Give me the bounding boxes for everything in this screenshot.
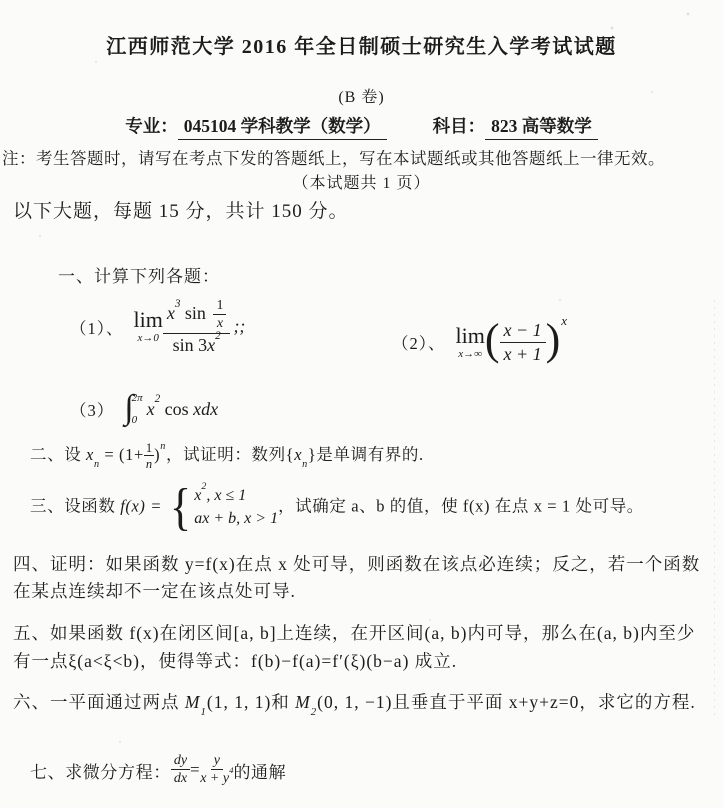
question-5: 五、如果函数 f(x)在闭区间[a, b]上连续，在开区间(a, b)内可导，那… <box>13 619 713 675</box>
paper-version: (B 卷) <box>0 84 723 107</box>
part-label: （1）、 <box>70 315 124 339</box>
question-4: 四、证明：如果函数 y=f(x)在点 x 处可导，则函数在该点必连续；反之，若一… <box>13 551 713 605</box>
question-1-heading: 一、计算下列各题： <box>58 262 220 287</box>
question-2: 二、设 xn = (1+1n)n，试证明：数列{xn}是单调有界的. <box>30 441 424 472</box>
part-label: （3） <box>70 397 114 421</box>
exponent: x <box>561 313 567 329</box>
question-1-part-3: （3） ∫ 2π 0 x2 cos xdx <box>70 392 218 426</box>
major-label: 专业： <box>125 113 178 140</box>
page-count-note: （本试题共 1 页） <box>0 170 723 193</box>
question-1-part-2: （2）、 lim x→∞ ( x − 1 x + 1 ) x <box>392 320 566 364</box>
spacer <box>387 113 433 140</box>
scoring-note: 以下大题，每题 15 分，共计 150 分。 <box>13 196 349 223</box>
numerator: x3 sin 1 x <box>163 298 231 334</box>
denominator: sin 3x2 <box>173 334 221 356</box>
fraction: x − 1 x + 1 <box>500 320 546 364</box>
exam-paper-page: 江西师范大学 2016 年全日制硕士研究生入学考试试题 (B 卷) 专业： 04… <box>0 0 723 808</box>
trailing-punctuation: ;; <box>233 316 245 337</box>
case-2: ax + b, x > 1 <box>194 510 278 528</box>
fraction: x3 sin 1 x sin 3x2 <box>163 298 231 356</box>
rhs-fraction: y x + y4 <box>200 753 233 787</box>
subject-value: 823 高等数学 <box>485 113 598 140</box>
question-1-part-1: （1）、 lim x→0 x3 sin 1 x sin 3x2 ;; <box>70 298 245 356</box>
question-7: 七、求微分方程： dy dx = y x + y4 的通解 <box>30 753 286 787</box>
question-3: 三、设函数 f(x) = {x2, x ≤ 1ax + b, x > 1，试确定… <box>30 487 644 528</box>
major-value: 045104 学科教学（数学） <box>178 113 387 140</box>
answer-sheet-note: 注：考生答题时，请写在考点下发的答题纸上，写在本试题纸或其他答题纸上一律无效。 <box>2 145 718 169</box>
derivative-fraction: dy dx <box>171 753 190 787</box>
piecewise-cases: x2, x ≤ 1ax + b, x > 1 <box>194 487 278 528</box>
integrand: x2 cos xdx <box>147 399 219 420</box>
inline-fraction: 1n <box>144 441 154 472</box>
subject-label: 科目： <box>433 113 486 140</box>
inner-fraction: 1 x <box>213 298 226 332</box>
limit-operator: lim x→∞ <box>456 325 485 360</box>
exam-title: 江西师范大学 2016 年全日制硕士研究生入学考试试题 <box>0 30 723 59</box>
limit-operator: lim x→0 <box>134 309 163 344</box>
part-label: （2）、 <box>392 330 446 354</box>
case-1: x2, x ≤ 1 <box>194 487 278 505</box>
major-subject-line: 专业： 045104 学科教学（数学） 科目： 823 高等数学 <box>0 113 723 140</box>
question-6: 六、一平面通过两点 M1(1, 1, 1)和 M2(0, 1, −1)且垂直于平… <box>13 689 713 716</box>
